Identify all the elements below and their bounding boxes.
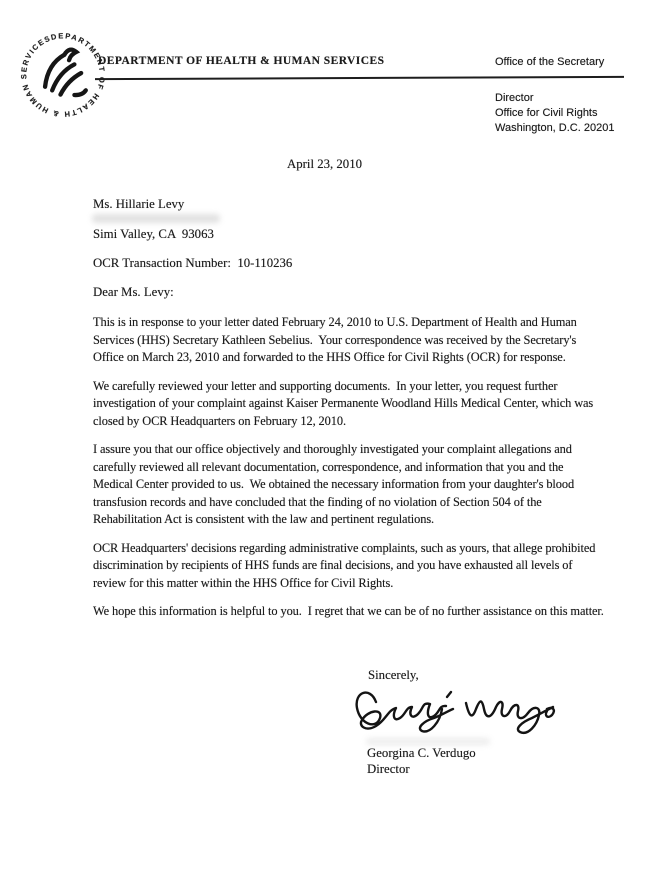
office-of-secretary-label: Office of the Secretary [495,56,604,68]
scanned-letter-page: DEPARTMENT OF HEALTH & HUMAN SERVICES · … [0,0,672,872]
redacted-address-smudge [92,214,220,223]
handwritten-signature [350,676,560,740]
letterhead-rule [95,76,624,80]
letter-date: April 23, 2010 [287,157,362,172]
ocr-address-block: Director Office for Civil Rights Washing… [495,91,614,136]
signer-name: Georgina C. Verdugo [367,746,476,761]
department-title: DEPARTMENT OF HEALTH & HUMAN SERVICES [98,55,384,67]
paragraph-2: We carefully reviewed your letter and su… [93,378,606,431]
recipient-city-line: Simi Valley, CA 93063 [93,227,214,242]
scan-smudge [366,738,490,745]
ocr-transaction-number: OCR Transaction Number: 10-110236 [93,256,292,271]
signer-title: Director [367,762,410,777]
paragraph-1: This is in response to your letter dated… [93,314,606,367]
address-line-director: Director [495,91,614,106]
seal-eagle-glyph [37,48,90,104]
paragraph-3: I assure you that our office objectively… [93,441,606,529]
hhs-eagle-seal-icon: DEPARTMENT OF HEALTH & HUMAN SERVICES · … [4,16,122,134]
salutation: Dear Ms. Levy: [93,285,174,300]
letter-body: This is in response to your letter dated… [93,314,606,632]
address-line-office: Office for Civil Rights [495,106,614,121]
paragraph-4: OCR Headquarters' decisions regarding ad… [93,540,606,593]
address-line-city: Washington, D.C. 20201 [495,121,614,136]
recipient-name: Ms. Hillarie Levy [93,197,184,212]
paragraph-5: We hope this information is helpful to y… [93,603,606,621]
